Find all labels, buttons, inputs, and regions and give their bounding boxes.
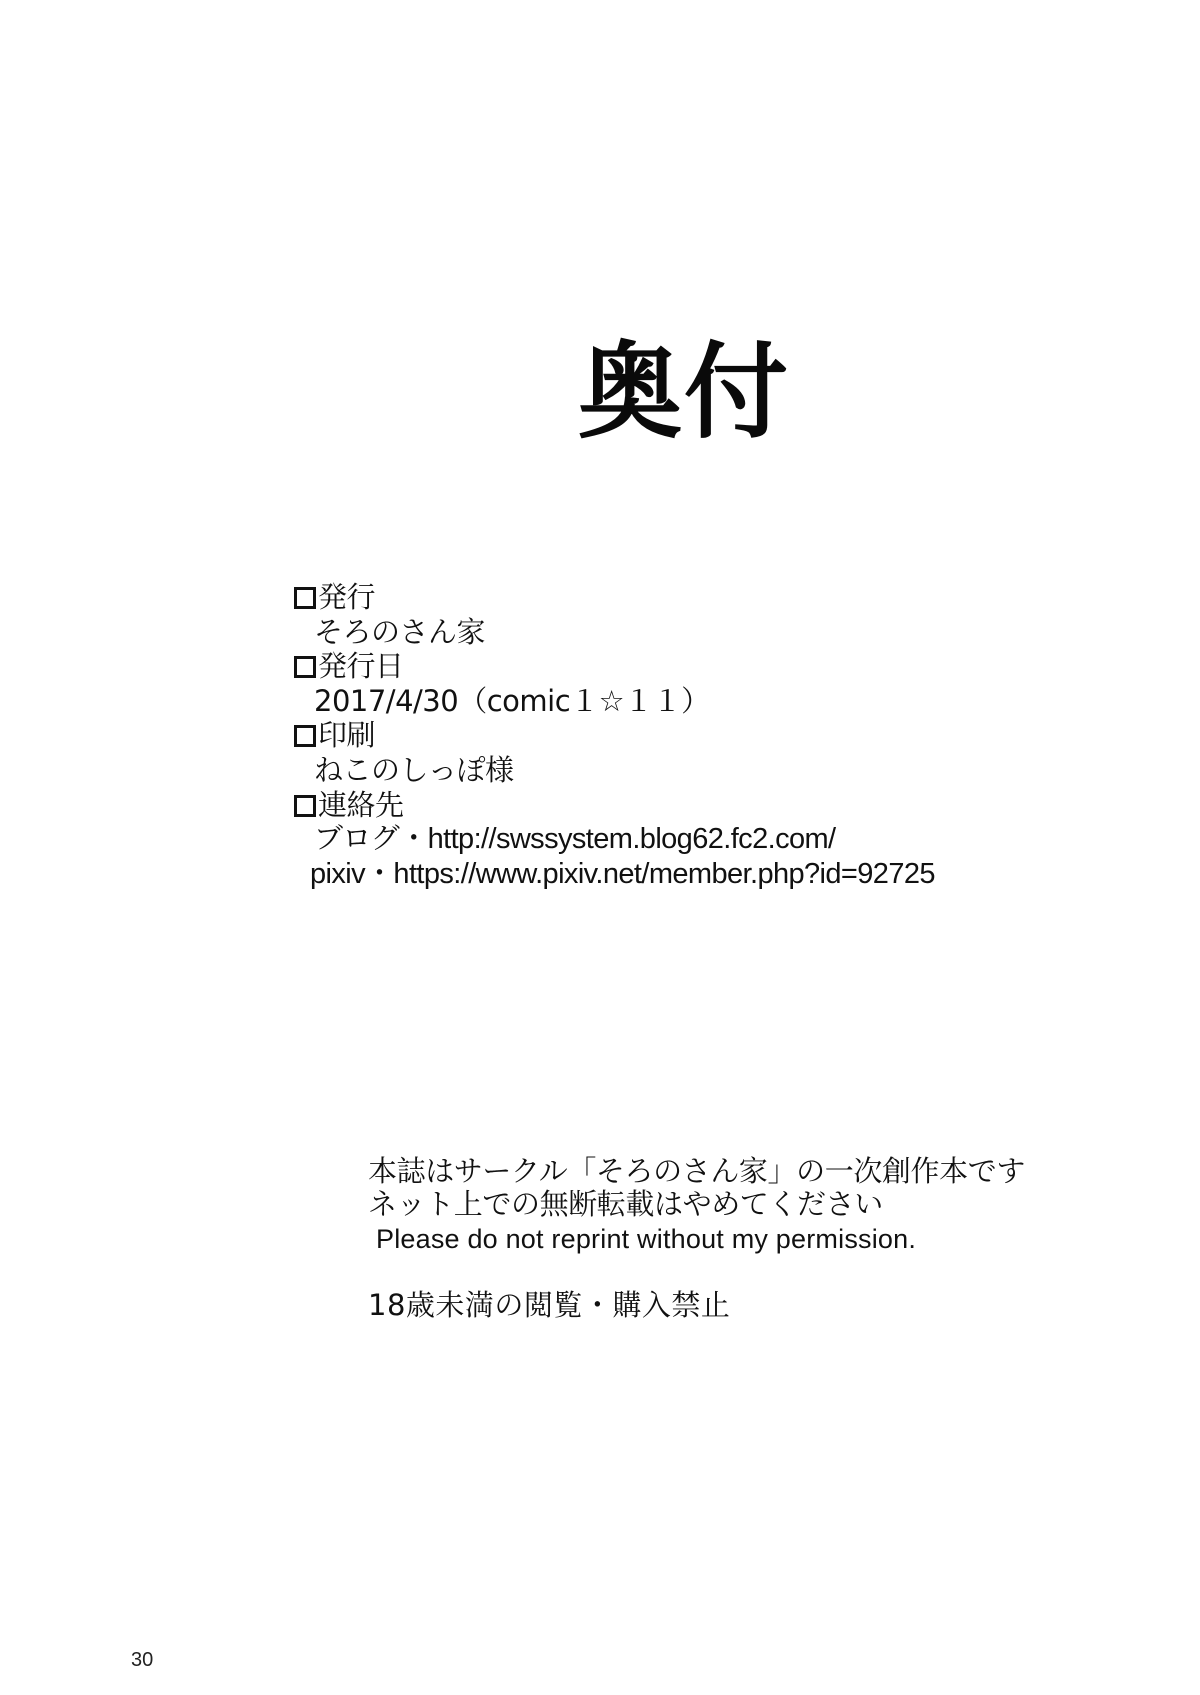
section-heading-label: 印刷 bbox=[318, 718, 375, 752]
age-restriction-notice: 18歳未満の閲覧・購入禁止 bbox=[368, 1287, 1025, 1323]
page-number: 30 bbox=[131, 1648, 153, 1672]
section-heading-label: 発行日 bbox=[318, 649, 404, 683]
pixiv-link[interactable]: pixiv・https://www.pixiv.net/member.php?i… bbox=[294, 857, 935, 892]
section-heading-contact: 連絡先 bbox=[294, 788, 935, 823]
section-heading-label: 連絡先 bbox=[318, 788, 404, 822]
notice-no-reupload-jp: ネット上での無断転載はやめてください bbox=[368, 1188, 1025, 1221]
blog-link[interactable]: ブログ・http://swssystem.blog62.fc2.com/ bbox=[294, 822, 935, 857]
section-heading-label: 発行 bbox=[318, 580, 375, 614]
square-outline-icon bbox=[294, 587, 316, 609]
publisher-value: そろのさん家 bbox=[294, 615, 935, 650]
section-heading-publisher: 発行 bbox=[294, 580, 935, 615]
square-outline-icon bbox=[294, 725, 316, 747]
notice-original-work: 本誌はサークル「そろのさん家」の一次創作本です bbox=[368, 1155, 1025, 1188]
square-outline-icon bbox=[294, 795, 316, 817]
colophon-block: 発行 そろのさん家 発行日 2017/4/30（comic１☆１１） 印刷 ねこ… bbox=[294, 580, 935, 891]
section-heading-publish-date: 発行日 bbox=[294, 649, 935, 684]
notice-block: 本誌はサークル「そろのさん家」の一次創作本です ネット上での無断転載はやめてくだ… bbox=[368, 1155, 1025, 1323]
square-outline-icon bbox=[294, 656, 316, 678]
page-title: 奥付 bbox=[578, 322, 790, 462]
printer-value: ねこのしっぽ様 bbox=[294, 753, 935, 788]
section-heading-printer: 印刷 bbox=[294, 718, 935, 753]
notice-no-reprint-en: Please do not reprint without my permiss… bbox=[368, 1221, 1025, 1257]
publish-date-value: 2017/4/30（comic１☆１１） bbox=[294, 684, 935, 719]
colophon-page: 奥付 発行 そろのさん家 発行日 2017/4/30（comic１☆１１） 印刷… bbox=[0, 0, 1200, 1695]
